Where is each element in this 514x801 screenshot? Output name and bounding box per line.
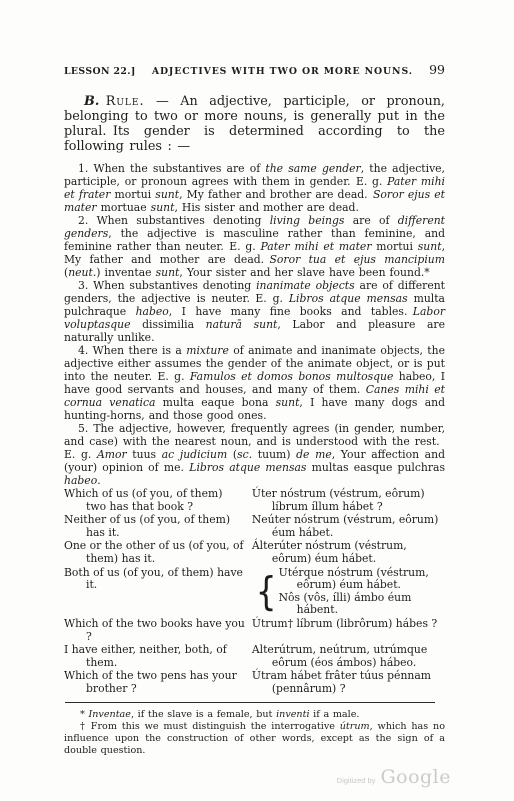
numbered-paragraph-5: 5. The adjective, however, frequently ag… [64, 422, 445, 487]
exercise-latin-text: Úter nóstrum (véstrum, eôrum) líbrum íll… [252, 488, 445, 513]
exercise-latin-text: Útrum† líbrum (librôrum) hábes ? [252, 618, 445, 643]
exercise-english-text: Neither of us (of you, of them) has it. [64, 514, 246, 539]
footnote-separator [65, 702, 435, 703]
exercise-latin-text: Utérque nóstrum (véstrum, eôrum) éum háb… [279, 567, 445, 592]
running-title: ADJECTIVES WITH TWO OR MORE NOUNS. [136, 66, 429, 77]
numbered-paragraph-3: 3. When substantives denoting inanimate … [64, 279, 445, 344]
exercise-english-text: Which of us (of you, of them) two has th… [64, 488, 246, 513]
exercise-table: Which of us (of you, of them) two has th… [64, 488, 445, 696]
exercise-row-6: I have either, neither, both, of them. A… [64, 644, 445, 669]
exercise-latin-text: Nôs (vôs, ílli) ámbo éum hábent. [279, 592, 445, 617]
numbered-paragraph-1: 1. When the substantives are of the same… [64, 162, 445, 214]
page-header: LESSON 22.] ADJECTIVES WITH TWO OR MORE … [64, 62, 445, 77]
exercise-row-7: Which of the two pens has your brother ?… [64, 670, 445, 695]
exercise-latin-text: Neúter nóstrum (véstrum, eôrum) éum hábe… [252, 514, 445, 539]
exercise-latin-text: Álterúter nóstrum (véstrum, eôrum) éum h… [252, 540, 445, 565]
lesson-label: LESSON 22.] [64, 66, 136, 77]
exercise-latin-text: Útram hábet frâter túus pénnam (pennârum… [252, 670, 445, 695]
numbered-paragraph-4: 4. When there is a mixture of animate an… [64, 344, 445, 422]
watermark: Digitized by Google [337, 766, 451, 788]
numbered-paragraph-2: 2. When substantives denoting living bei… [64, 214, 445, 279]
exercise-latin-braced-group: { Utérque nóstrum (véstrum, eôrum) éum h… [256, 567, 445, 617]
exercise-english-text: Both of us (of you, of them) have it. [64, 567, 256, 617]
footnote-1: * Inventae, if the slave is a female, bu… [64, 709, 445, 721]
brace-items: Utérque nóstrum (véstrum, eôrum) éum háb… [279, 567, 445, 617]
exercise-row-5: Which of the two books have you ? Útrum†… [64, 618, 445, 643]
footnote-2: † From this we must distinguish the inte… [64, 721, 445, 758]
exercise-english-text: Which of the two pens has your brother ? [64, 670, 246, 695]
exercise-latin-text: Alterútrum, neútrum, utrúmque eôrum (éos… [252, 644, 445, 669]
exercise-row-3: One or the other of us (of you, of them)… [64, 540, 445, 565]
curly-brace-icon: { [256, 572, 277, 611]
google-logo: Google [380, 766, 451, 788]
exercise-english-text: I have either, neither, both, of them. [64, 644, 246, 669]
exercise-english-text: Which of the two books have you ? [64, 618, 246, 643]
page-content: LESSON 22.] ADJECTIVES WITH TWO OR MORE … [64, 62, 445, 758]
rule-paragraph: B. Rule. — An adjective, participle, or … [64, 94, 445, 154]
scanned-book-page: LESSON 22.] ADJECTIVES WITH TWO OR MORE … [0, 0, 514, 801]
exercise-english-text: One or the other of us (of you, of them)… [64, 540, 246, 565]
digitized-by-text: Digitized by [337, 776, 376, 785]
exercise-row-2: Neither of us (of you, of them) has it. … [64, 514, 445, 539]
page-number: 99 [429, 62, 445, 77]
exercise-row-4: Both of us (of you, of them) have it. { … [64, 567, 445, 617]
exercise-row-1: Which of us (of you, of them) two has th… [64, 488, 445, 513]
